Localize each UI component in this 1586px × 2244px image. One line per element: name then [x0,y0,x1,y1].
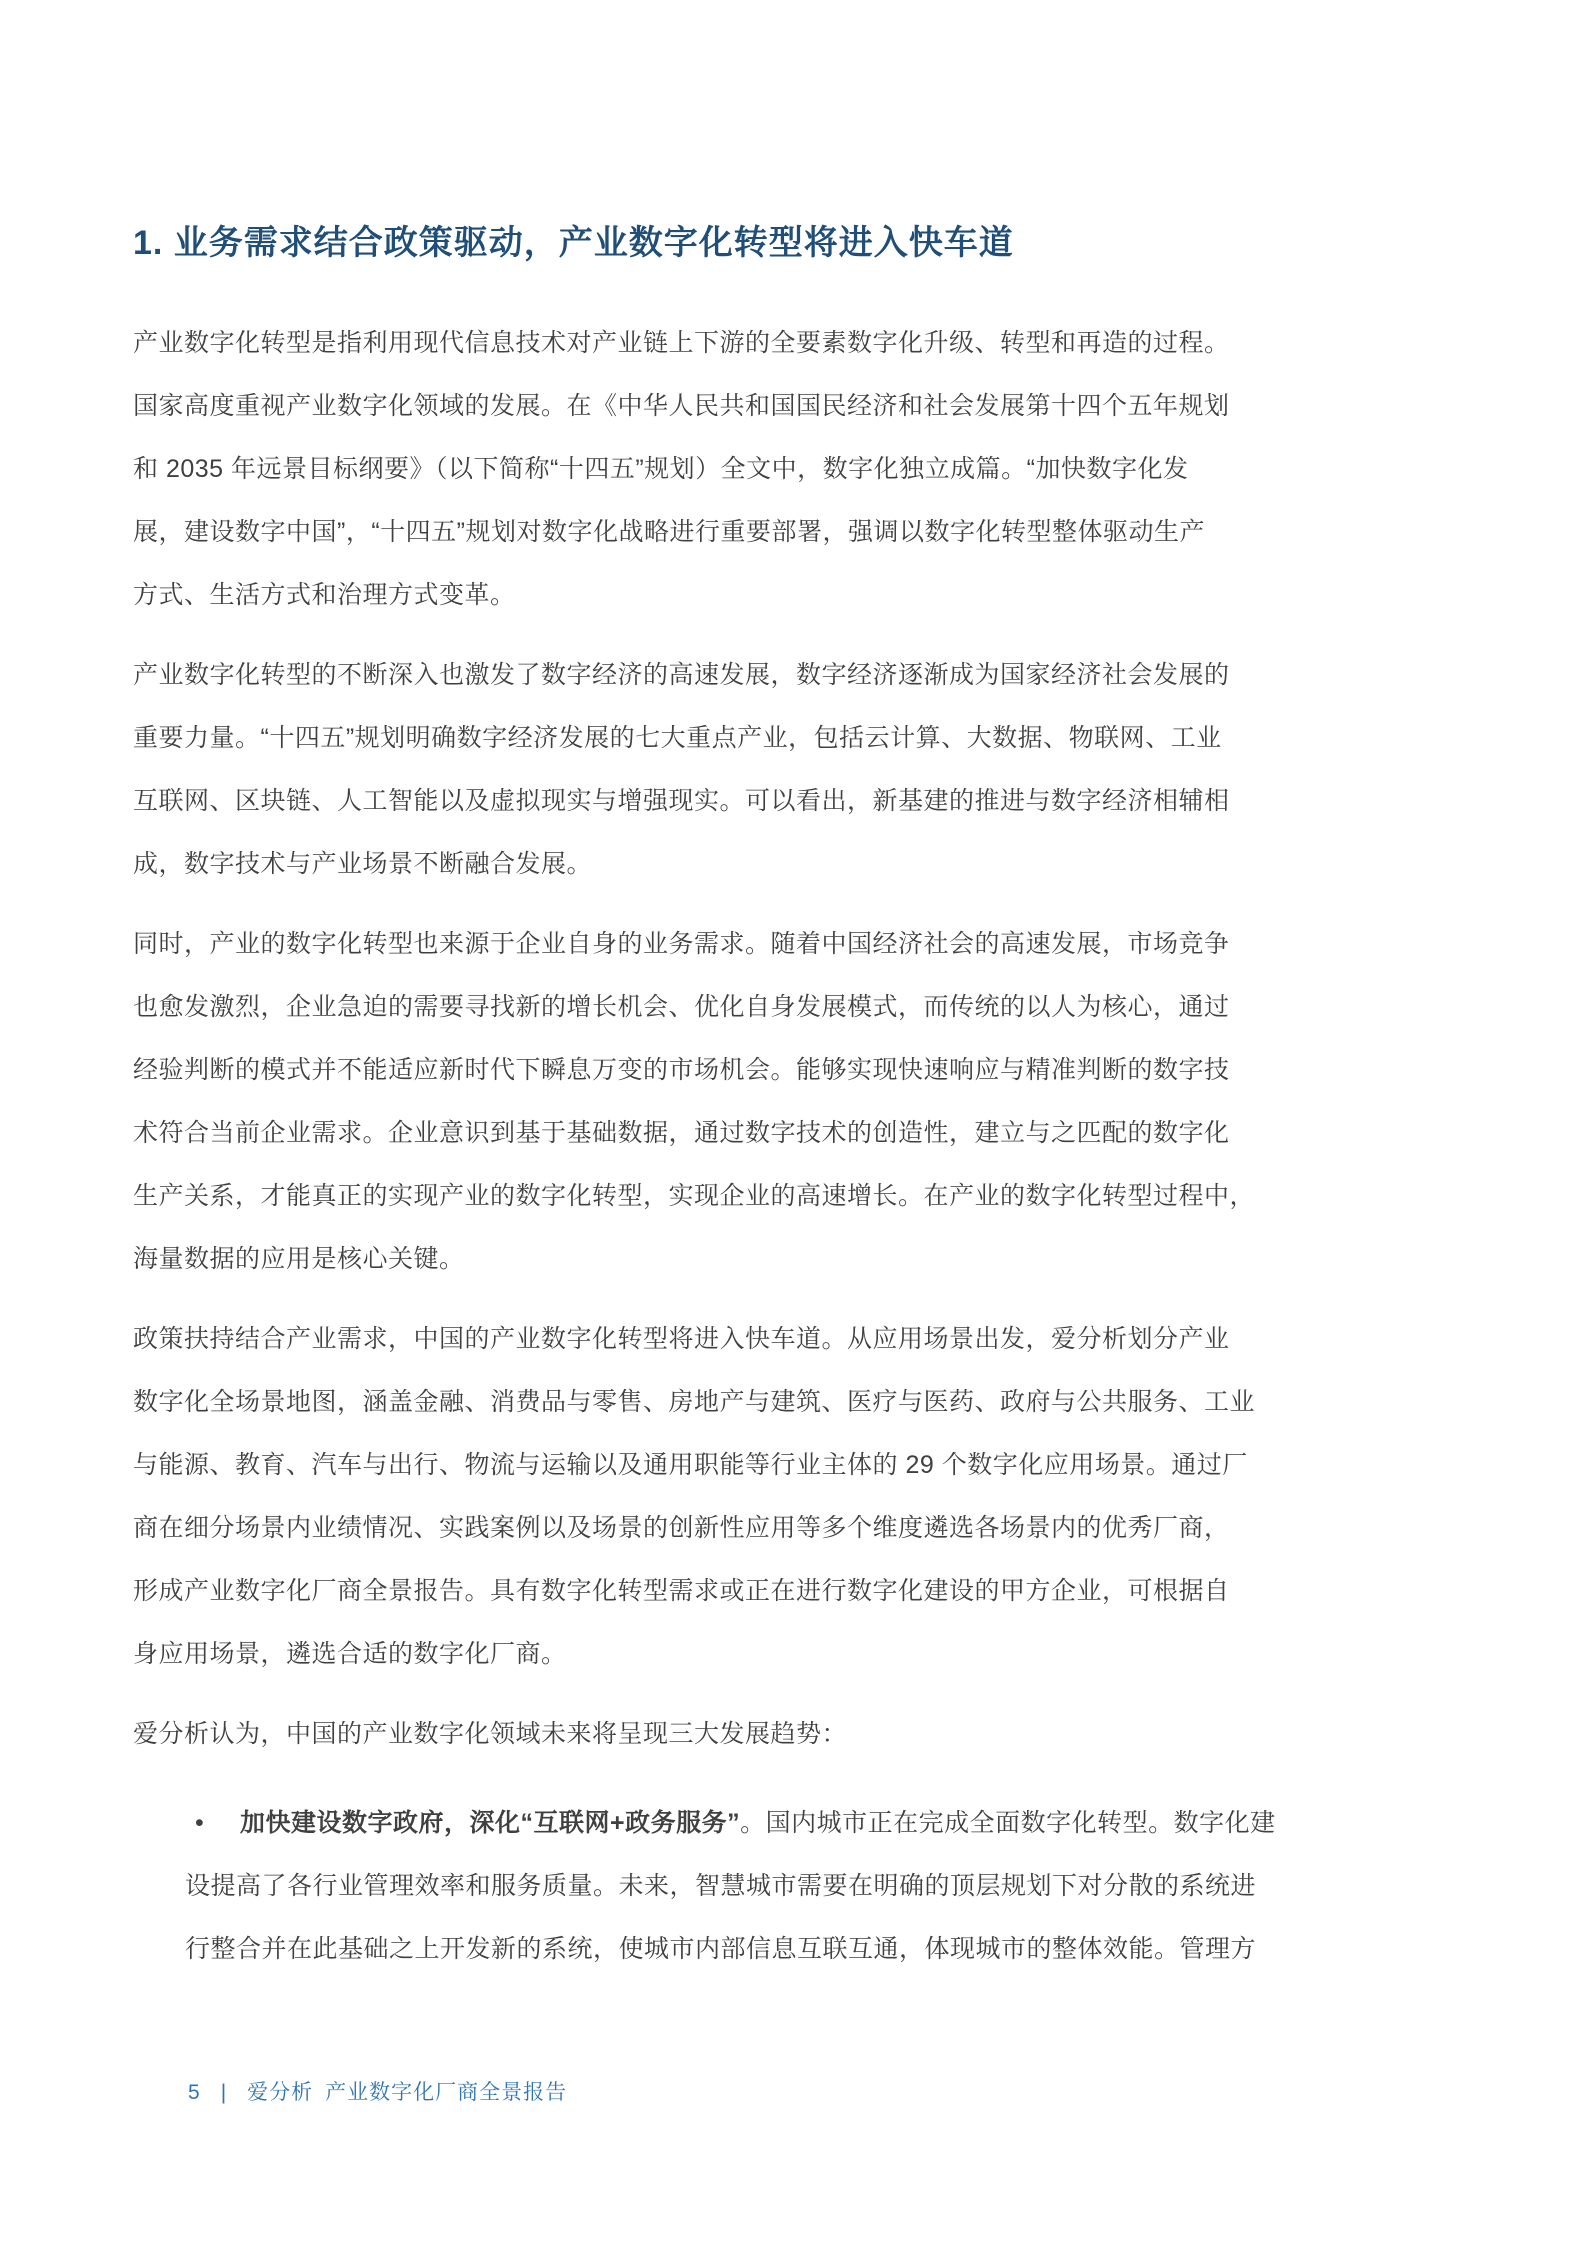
text-line: 国家高度重视产业数字化领域的发展。在《中华人民共和国国民经济和社会发展第十四个五… [133,375,1463,438]
text-line: 成，数字技术与产业场景不断融合发展。 [133,833,1463,896]
text-line: 身应用场景，遴选合适的数字化厂商。 [133,1623,1463,1686]
bullet-bold-lead: 加快建设数字政府，深化“互联网+政务服务” [240,1809,740,1837]
text-line: 生产关系，才能真正的实现产业的数字化转型，实现企业的高速增长。在产业的数字化转型… [133,1165,1463,1228]
text-line: 设提高了各行业管理效率和服务质量。未来，智慧城市需要在明确的顶层规划下对分散的系… [133,1855,1463,1918]
text-line: 展，建设数字中国”，“十四五”规划对数字化战略进行重要部署，强调以数字化转型整体… [133,501,1463,564]
bullet-list-item: •加快建设数字政府，深化“互联网+政务服务”。国内城市正在完成全面数字化转型。数… [133,1792,1463,1981]
text-line: 同时，产业的数字化转型也来源于企业自身的业务需求。随着中国经济社会的高速发展，市… [133,913,1463,976]
footer-brand: 爱分析 [247,2081,313,2104]
text-line: 与能源、教育、汽车与出行、物流与运输以及通用职能等行业主体的 29 个数字化应用… [133,1434,1463,1497]
text-line: 政策扶持结合产业需求，中国的产业数字化转型将进入快车道。从应用场景出发，爱分析划… [133,1308,1463,1371]
text-line: 海量数据的应用是核心关键。 [133,1228,1463,1291]
document-page: 1. 业务需求结合政策驱动，产业数字化转型将进入快车道 产业数字化转型是指利用现… [0,0,1586,2244]
text-line: 经验判断的模式并不能适应新时代下瞬息万变的市场机会。能够实现快速响应与精准判断的… [133,1039,1463,1102]
paragraph-3: 同时，产业的数字化转型也来源于企业自身的业务需求。随着中国经济社会的高速发展，市… [133,913,1463,1291]
text-line: 商在细分场景内业绩情况、实践案例以及场景的创新性应用等多个维度遴选各场景内的优秀… [133,1497,1463,1560]
text-line: 术符合当前企业需求。企业意识到基于基础数据，通过数字技术的创造性，建立与之匹配的… [133,1102,1463,1165]
text-line: 数字化全场景地图，涵盖金融、消费品与零售、房地产与建筑、医疗与医药、政府与公共服… [133,1371,1463,1434]
text-line: 爱分析认为，中国的产业数字化领域未来将呈现三大发展趋势： [133,1703,1463,1766]
footer-report-title: 产业数字化厂商全景报告 [325,2081,567,2104]
section-heading: 1. 业务需求结合政策驱动，产业数字化转型将进入快车道 [133,220,1463,266]
text-line: 方式、生活方式和治理方式变革。 [133,564,1463,627]
footer-separator: | [221,2081,227,2104]
paragraph-2: 产业数字化转型的不断深入也激发了数字经济的高速发展，数字经济逐渐成为国家经济社会… [133,644,1463,896]
text-line: 和 2035 年远景目标纲要》（以下简称“十四五”规划）全文中，数字化独立成篇。… [133,438,1463,501]
text-line: 形成产业数字化厂商全景报告。具有数字化转型需求或正在进行数字化建设的甲方企业，可… [133,1560,1463,1623]
text-line: 产业数字化转型的不断深入也激发了数字经济的高速发展，数字经济逐渐成为国家经济社会… [133,644,1463,707]
text-line: 行整合并在此基础之上开发新的系统，使城市内部信息互联互通，体现城市的整体效能。管… [133,1918,1463,1981]
text-line: 产业数字化转型是指利用现代信息技术对产业链上下游的全要素数字化升级、转型和再造的… [133,312,1463,375]
paragraph-4: 政策扶持结合产业需求，中国的产业数字化转型将进入快车道。从应用场景出发，爱分析划… [133,1308,1463,1686]
bullet-marker-icon: • [195,1792,240,1855]
bullet-first-line-rest: 。国内城市正在完成全面数字化转型。数字化建 [740,1809,1276,1837]
text-line: 也愈发激烈，企业急迫的需要寻找新的增长机会、优化自身发展模式，而传统的以人为核心… [133,976,1463,1039]
paragraph-1: 产业数字化转型是指利用现代信息技术对产业链上下游的全要素数字化升级、转型和再造的… [133,312,1463,627]
page-content: 1. 业务需求结合政策驱动，产业数字化转型将进入快车道 产业数字化转型是指利用现… [133,220,1463,1981]
paragraph-5: 爱分析认为，中国的产业数字化领域未来将呈现三大发展趋势： [133,1703,1463,1766]
page-number: 5 [188,2081,201,2104]
text-line: 互联网、区块链、人工智能以及虚拟现实与增强现实。可以看出，新基建的推进与数字经济… [133,770,1463,833]
bullet-continuation: 设提高了各行业管理效率和服务质量。未来，智慧城市需要在明确的顶层规划下对分散的系… [133,1855,1463,1981]
page-footer: 5|爱分析产业数字化厂商全景报告 [188,2076,567,2106]
bullet-first-line: •加快建设数字政府，深化“互联网+政务服务”。国内城市正在完成全面数字化转型。数… [133,1792,1463,1855]
text-line: 重要力量。“十四五”规划明确数字经济发展的七大重点产业，包括云计算、大数据、物联… [133,707,1463,770]
